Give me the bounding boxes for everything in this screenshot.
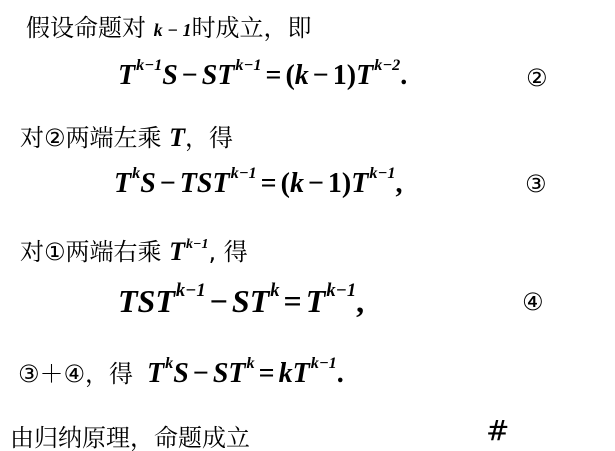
left-multiply-variable: T xyxy=(169,123,185,152)
var-T: T xyxy=(212,168,229,199)
assumption-line: 假设命题对 k − 1时成立，即 xyxy=(26,8,312,43)
left-multiply-suffix: ，得 xyxy=(185,124,233,152)
equation-3: TkS−TSTk−1=(k−1)Tk−1, xyxy=(114,168,402,200)
var-T: T xyxy=(356,60,373,91)
sum-formula: TkS−STk=kTk−1. xyxy=(147,358,344,389)
equation-4: TSTk−1−STk=Tk−1, xyxy=(118,283,364,320)
exponent: k xyxy=(165,354,173,372)
var-S: S xyxy=(173,358,189,389)
var-k: k xyxy=(290,168,304,199)
var-S: S xyxy=(232,283,250,319)
var-S: S xyxy=(162,60,178,91)
var-T: T xyxy=(217,60,234,91)
comma: , xyxy=(395,168,402,199)
assumption-variable: k − 1 xyxy=(154,20,192,40)
var-T: T xyxy=(155,283,175,319)
equals-sign: = xyxy=(257,168,281,199)
paren: ( xyxy=(285,60,294,91)
var-T: T xyxy=(118,283,138,319)
conclusion-text: 由归纳原理，命题成立 xyxy=(10,424,250,451)
exponent: k xyxy=(270,280,279,301)
comma: , xyxy=(356,283,364,319)
exponent: k−2 xyxy=(374,56,400,74)
exponent: k−1 xyxy=(176,280,206,301)
var-S: S xyxy=(138,283,156,319)
right-multiply-suffix: , 得 xyxy=(209,238,248,266)
var-T: T xyxy=(351,168,368,199)
var-S: S xyxy=(197,168,213,199)
number: 1 xyxy=(328,168,342,199)
var-S: S xyxy=(202,60,218,91)
sum-line: ③＋④，得TkS−STk=kTk−1. xyxy=(18,354,344,390)
var-T: T xyxy=(250,283,270,319)
exponent: k−1 xyxy=(369,164,395,182)
paren: ) xyxy=(342,168,351,199)
exponent: k−1 xyxy=(326,280,356,301)
period: . xyxy=(400,60,407,91)
right-multiply-prefix: 对①两端右乘 xyxy=(20,238,162,266)
equation-tag-4: ④ xyxy=(522,288,544,316)
equals-sign: = xyxy=(262,60,286,91)
exponent: k xyxy=(132,164,140,182)
right-multiply-line: 对①两端右乘 Tk−1, 得 xyxy=(20,232,248,267)
var-T: T xyxy=(147,358,164,389)
right-multiply-variable: T xyxy=(169,237,185,266)
minus-sign: − xyxy=(189,358,213,389)
minus-sign: − xyxy=(309,60,333,91)
conclusion-line: 由归纳原理，命题成立 xyxy=(10,418,250,451)
assumption-suffix: 时成立，即 xyxy=(192,14,312,42)
minus-sign: − xyxy=(156,168,180,199)
var-T: T xyxy=(228,358,245,389)
equation-2: Tk−1S−STk−1=(k−1)Tk−2. xyxy=(118,60,407,92)
left-multiply-prefix: 对②两端左乘 xyxy=(20,124,162,152)
exponent: k xyxy=(247,354,255,372)
var-k: k xyxy=(295,60,309,91)
var-S: S xyxy=(213,358,229,389)
equals-sign: = xyxy=(280,283,306,319)
var-T: T xyxy=(114,168,131,199)
minus-sign: − xyxy=(206,283,232,319)
exponent: k−1 xyxy=(311,354,337,372)
var-T: T xyxy=(180,168,197,199)
var-T: T xyxy=(118,60,135,91)
period: . xyxy=(337,358,344,389)
exponent: k−1 xyxy=(231,164,257,182)
equation-tag-2: ② xyxy=(526,64,548,92)
var-S: S xyxy=(140,168,156,199)
equation-tag-3: ③ xyxy=(525,170,547,198)
minus-sign: − xyxy=(304,168,328,199)
number: 1 xyxy=(333,60,347,91)
var-T: T xyxy=(306,283,326,319)
right-multiply-exponent: k−1 xyxy=(186,237,208,252)
assumption-prefix: 假设命题对 xyxy=(26,14,146,42)
var-k: k xyxy=(279,358,293,389)
qed-mark: # xyxy=(486,414,509,447)
exponent: k−1 xyxy=(235,56,261,74)
minus-sign: − xyxy=(178,60,202,91)
left-multiply-line: 对②两端左乘 T，得 xyxy=(20,118,233,153)
equals-sign: = xyxy=(255,358,279,389)
exponent: k−1 xyxy=(136,56,162,74)
sum-prefix: ③＋④，得 xyxy=(18,360,133,388)
var-T: T xyxy=(293,358,310,389)
paren: ) xyxy=(347,60,356,91)
paren: ( xyxy=(281,168,290,199)
